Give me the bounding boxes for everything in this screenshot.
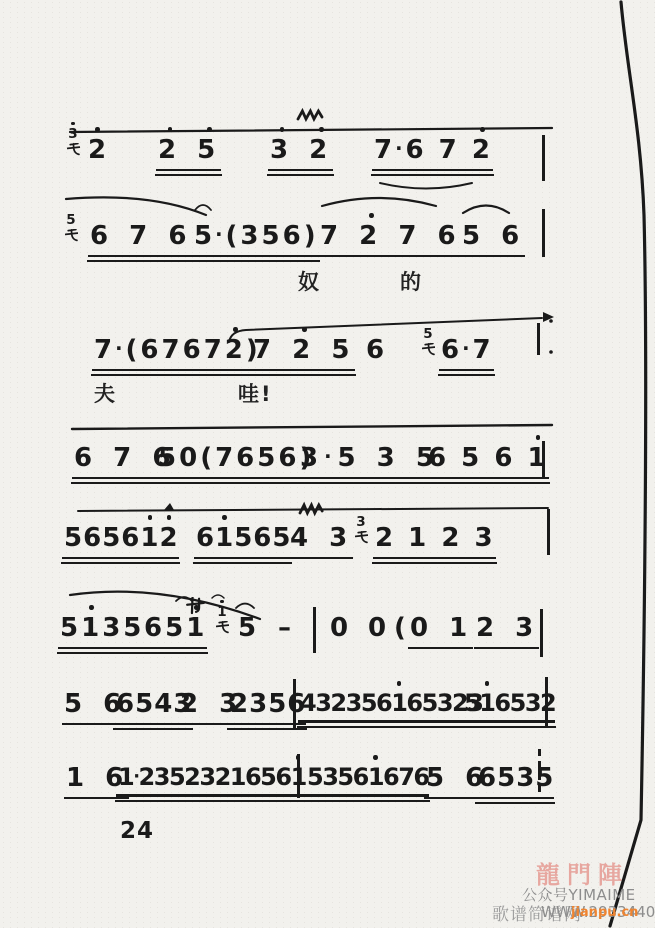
note-group: 2 3	[476, 614, 539, 644]
note-group: 5	[238, 614, 257, 644]
barline	[542, 441, 545, 479]
nub-line5	[164, 503, 174, 510]
watermark-overlay: jianpu.cn	[571, 905, 638, 920]
note-group: 516532	[464, 690, 555, 718]
octave-dot	[71, 122, 74, 125]
glissando-grace-icon	[64, 143, 82, 156]
glissando-grace-icon	[352, 531, 370, 544]
glissando-grace-icon	[213, 621, 231, 634]
octave-dot	[302, 327, 307, 332]
note-group: 3 2	[270, 136, 333, 166]
note-group: 6535	[478, 764, 554, 794]
glissando-grace-icon	[62, 229, 80, 242]
arc-5-line6	[236, 604, 254, 609]
note-group: 1·23523216561	[118, 764, 306, 792]
grace-note: 1	[213, 601, 231, 634]
octave-dot	[397, 681, 402, 686]
octave-dot	[222, 515, 227, 520]
octave-dot	[280, 127, 285, 132]
grace-note: 3	[64, 123, 82, 156]
note-group: –	[278, 614, 292, 644]
note-group: 2 5	[158, 136, 221, 166]
slur-7276	[322, 198, 436, 206]
octave-dot	[207, 127, 212, 132]
note-group: 2	[88, 136, 107, 166]
note-group: 6 7 6	[90, 222, 192, 252]
tremolo-line1	[298, 111, 322, 119]
note-group: 5135	[60, 614, 144, 644]
octave-dot	[95, 127, 100, 132]
arc-over-5	[195, 205, 211, 210]
note-group: 565612	[64, 524, 179, 554]
note-group: 4 3	[290, 524, 353, 554]
note-group: 5 6	[462, 222, 525, 252]
grace-note: 5	[419, 323, 437, 356]
octave-dot	[373, 755, 378, 760]
sheet-music-page: 322 53 27·6 7 256 7 65·(356)7 2 7 65 67·…	[0, 0, 655, 928]
octave-dot	[148, 515, 153, 520]
notation-sign-icon	[186, 596, 205, 616]
note-group: 432356165323	[300, 690, 482, 718]
barline	[313, 607, 316, 653]
barline	[297, 754, 300, 798]
arc-grace1	[212, 595, 224, 598]
lyric-syllable: 的	[400, 266, 423, 296]
barline	[540, 609, 543, 657]
note-group: 61565	[196, 524, 291, 554]
lyric-syllable: 哇!	[238, 378, 273, 408]
octave-dot	[89, 605, 94, 610]
page-edge	[610, 2, 646, 926]
note-group: 7 2 5	[253, 336, 355, 366]
note-group: 2 1 2 3	[375, 524, 496, 554]
octave-dot	[167, 515, 172, 520]
octave-dot	[233, 327, 238, 332]
note-group: (	[394, 614, 407, 644]
note-group: 7·(67672)	[94, 336, 261, 366]
barline	[545, 677, 548, 727]
note-group: 0	[368, 614, 387, 644]
slur-into-line2	[66, 197, 206, 215]
barline	[538, 749, 541, 795]
grace-note: 5	[62, 209, 80, 242]
note-group: 7 2 7 6	[320, 222, 462, 252]
octave-dot	[319, 127, 324, 132]
bar-dots-line3	[549, 319, 553, 354]
octave-dot	[480, 127, 485, 132]
barline	[542, 135, 545, 181]
page-number: 24	[120, 818, 154, 844]
barline	[537, 323, 540, 355]
lyric-syllable: 奴	[298, 266, 321, 296]
note-group: 651	[144, 614, 207, 644]
octave-dot	[168, 127, 173, 132]
octave-dot	[485, 681, 490, 686]
lyric-syllable: 夫	[94, 378, 117, 408]
octave-dot	[536, 435, 541, 440]
glissando-grace-icon	[419, 343, 437, 356]
octave-dot	[369, 213, 374, 218]
tremolo-line5	[300, 505, 322, 513]
barline	[547, 509, 550, 555]
note-group: 6·7	[441, 336, 494, 366]
note-group: 5·(356)	[194, 222, 319, 252]
note-group: 6	[366, 336, 385, 366]
note-group: 0 1	[410, 614, 473, 644]
arc-56	[463, 206, 509, 214]
octave-dot	[220, 600, 223, 603]
note-group: 6 5 6 1	[428, 444, 549, 474]
grace-note: 3	[352, 511, 370, 544]
system-rule-4	[72, 425, 552, 429]
system-rule-5	[78, 508, 548, 511]
note-group: 0	[330, 614, 349, 644]
note-group: 3·5 3 5	[300, 444, 440, 474]
note-group: 50(7656)	[158, 444, 314, 474]
tie-below-7672	[380, 183, 472, 189]
barline	[293, 679, 296, 729]
note-group: 7·6 7 2	[374, 136, 493, 166]
note-group: 53561676	[307, 764, 429, 792]
barline	[542, 209, 545, 257]
